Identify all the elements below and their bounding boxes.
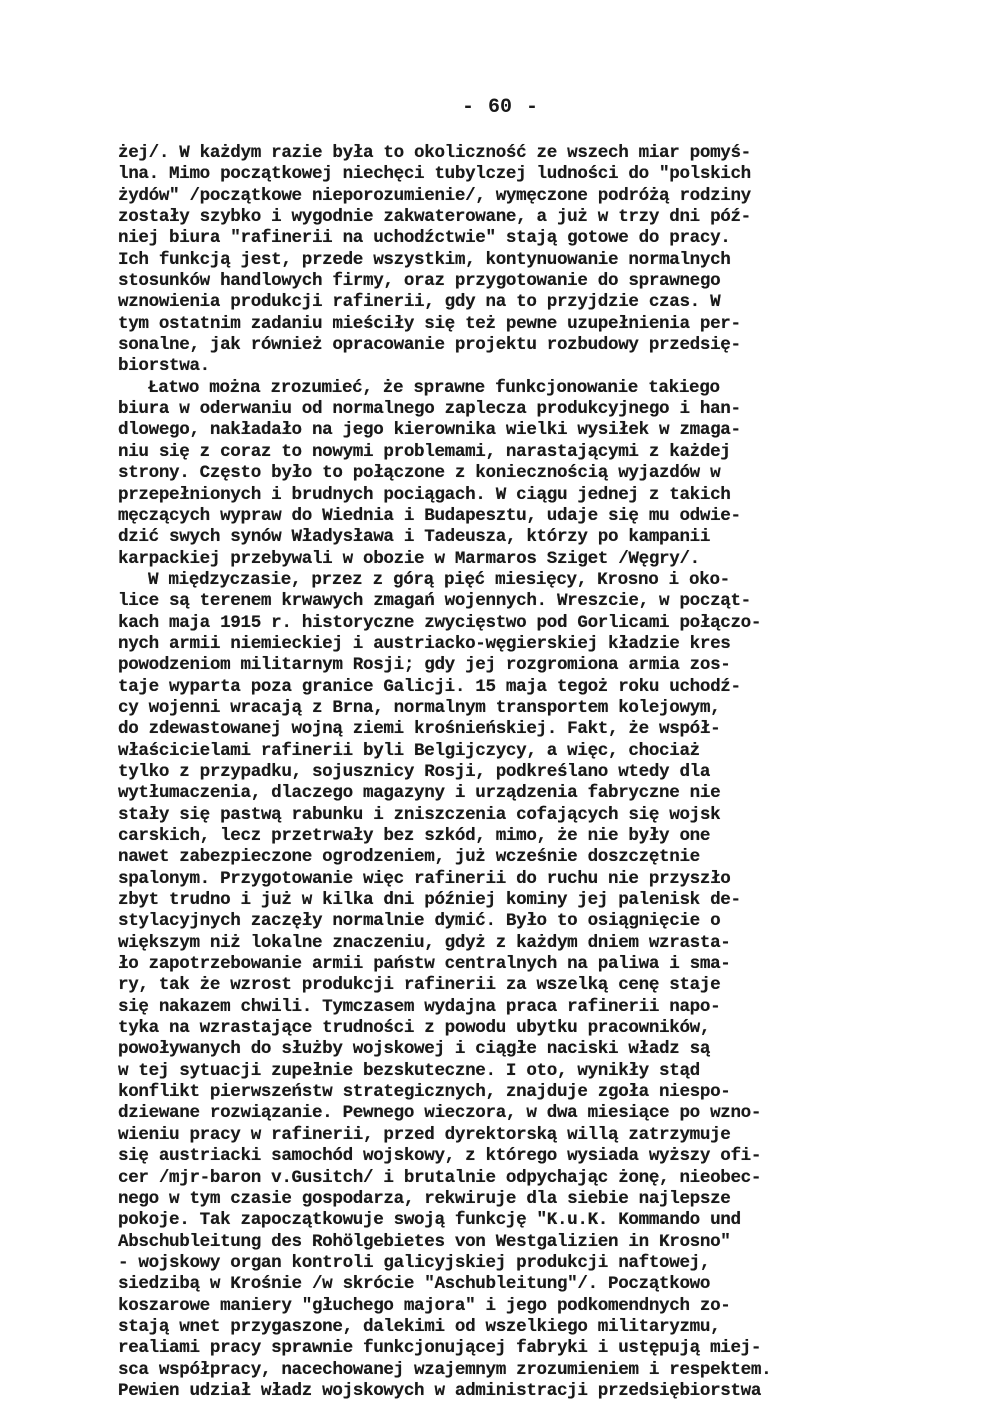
text-line: przepełnionych i brudnych pociągach. W c… (118, 485, 898, 506)
text-line: biura w oderwaniu od normalnego zaplecza… (118, 399, 898, 420)
text-line: siedzibą w Krośnie /w skrócie "Aschublei… (118, 1274, 898, 1295)
text-line: Abschubleitung des Rohölgebietes von Wes… (118, 1232, 898, 1253)
text-line: tylko z przypadku, sojusznicy Rosji, pod… (118, 762, 898, 783)
text-line: zbyt trudno i już w kilka dni później ko… (118, 890, 898, 911)
text-line: sca współpracy, nacechowanej wzajemnym z… (118, 1360, 898, 1381)
text-line: koszarowe maniery "głuchego majora" i je… (118, 1296, 898, 1317)
text-line: się austriacki samochód wojskowy, z któr… (118, 1146, 898, 1167)
text-line: wieniu pracy w rafinerii, przed dyrektor… (118, 1125, 898, 1146)
text-line: zostały szybko i wygodnie zakwaterowane,… (118, 207, 898, 228)
text-line: konflikt pierwszeństw strategicznych, zn… (118, 1082, 898, 1103)
text-line: się nakazem chwili. Tymczasem wydajna pr… (118, 997, 898, 1018)
text-line: kach maja 1915 r. historyczne zwycięstwo… (118, 613, 898, 634)
text-line: realiami pracy sprawnie funkcjonującej f… (118, 1338, 898, 1359)
text-line: niej biura "rafinerii na uchodźctwie" st… (118, 228, 898, 249)
text-line: nego w tym czasie gospodarza, rekwiruje … (118, 1189, 898, 1210)
text-line: dziewane rozwiązanie. Pewnego wieczora, … (118, 1103, 898, 1124)
text-line: dzić swych synów Władysława i Tadeusza, … (118, 527, 898, 548)
text-line: żej/. W każdym razie była to okoliczność… (118, 143, 898, 164)
text-line: w tej sytuacji zupełnie bezskuteczne. I … (118, 1061, 898, 1082)
text-line: męczących wypraw do Wiednia i Budapesztu… (118, 506, 898, 527)
text-line: niu się z coraz to nowymi problemami, na… (118, 442, 898, 463)
text-line: spalonym. Przygotowanie więc rafinerii d… (118, 869, 898, 890)
text-line: większym niż lokalne znaczeniu, gdyż z k… (118, 933, 898, 954)
text-line: taje wyparta poza granice Galicji. 15 ma… (118, 677, 898, 698)
text-line: biorstwa. (118, 356, 898, 377)
text-line: sonalne, jak również opracowanie projekt… (118, 335, 898, 356)
text-line: strony. Często było to połączone z konie… (118, 463, 898, 484)
text-line: - wojskowy organ kontroli galicyjskiej p… (118, 1253, 898, 1274)
text-line: stają wnet przygaszone, dalekimi od wsze… (118, 1317, 898, 1338)
text-line: do zdewastowanej wojną ziemi krośnieński… (118, 719, 898, 740)
text-line: ry, tak że wzrost produkcji rafinerii za… (118, 975, 898, 996)
text-line: powodzeniom militarnym Rosji; gdy jej ro… (118, 655, 898, 676)
page-number-dash-left: - (462, 96, 474, 119)
text-line: stylacyjnych zaczęły normalnie dymić. By… (118, 911, 898, 932)
text-line: karpackiej przebywali w obozie w Marmaro… (118, 549, 898, 570)
text-line: stosunków handlowych firmy, oraz przygot… (118, 271, 898, 292)
text-line: tym ostatnim zadaniu mieściły się też pe… (118, 314, 898, 335)
text-line: żydów" /początkowe nieporozumienie/, wym… (118, 186, 898, 207)
text-line: właścicielami rafinerii byli Belgijczycy… (118, 741, 898, 762)
text-line: nych armii niemieckiej i austriacko-węgi… (118, 634, 898, 655)
text-line: dlowego, nakładało na jego kierownika wi… (118, 420, 898, 441)
page-number-value: 60 (488, 96, 512, 119)
text-line: stały się pastwą rabunku i zniszczenia c… (118, 805, 898, 826)
text-line: carskich, lecz przetrwały bez szkód, mim… (118, 826, 898, 847)
text-line: nawet zabezpieczone ogrodzeniem, już wcz… (118, 847, 898, 868)
text-line: wznowienia produkcji rafinerii, gdy na t… (118, 292, 898, 313)
page-number-dash-right: - (526, 96, 538, 119)
text-line: wytłumaczenia, dlaczego magazyny i urząd… (118, 783, 898, 804)
text-line: pokoje. Tak zapoczątkowuje swoją funkcję… (118, 1210, 898, 1231)
text-line: powoływanych do służby wojskowej i ciągł… (118, 1039, 898, 1060)
body-text: żej/. W każdym razie była to okoliczność… (118, 143, 898, 1402)
text-line: Ich funkcją jest, przede wszystkim, kont… (118, 250, 898, 271)
text-line: lna. Mimo początkowej niechęci tubylczej… (118, 164, 898, 185)
text-line: tyka na wzrastające trudności z powodu u… (118, 1018, 898, 1039)
text-line: cy wojenni wracają z Brna, normalnym tra… (118, 698, 898, 719)
text-line: W międzyczasie, przez z górą pięć miesię… (118, 570, 898, 591)
text-line: Łatwo można zrozumieć, że sprawne funkcj… (118, 378, 898, 399)
page-number: -60- (0, 96, 1000, 119)
text-line: Pewien udział władz wojskowych w adminis… (118, 1381, 898, 1402)
text-line: cer /mjr-baron v.Gusitch/ i brutalnie od… (118, 1168, 898, 1189)
text-line: lice są terenem krwawych zmagań wojennyc… (118, 591, 898, 612)
text-line: ło zapotrzebowanie armii państw centraln… (118, 954, 898, 975)
